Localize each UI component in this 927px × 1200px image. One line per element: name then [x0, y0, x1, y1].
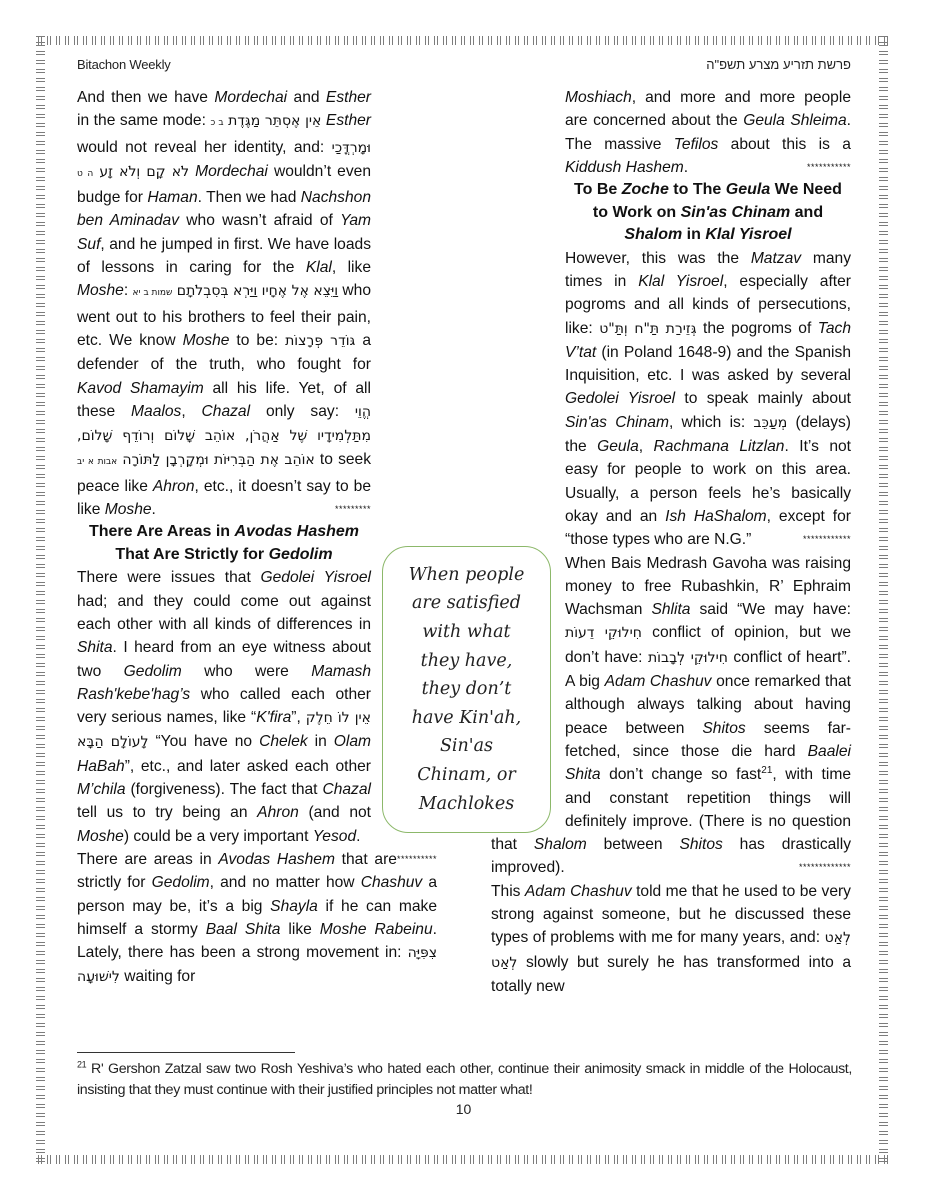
- section-separator-stars: *********: [335, 498, 371, 521]
- pull-quote-text: When people are satisfied with what they…: [403, 561, 531, 818]
- right-paragraph-2: However, this was the Matzav many times …: [491, 247, 851, 552]
- footnote-number: 21: [77, 1059, 86, 1069]
- right-section-heading: To Be Zoche to The Geula We Need to Work…: [491, 179, 851, 247]
- right-paragraph-4: This Adam Chashuv told me that he used t…: [491, 880, 851, 998]
- left-column: And then we have Mordechai and Esther in…: [77, 86, 437, 990]
- footnote-reference[interactable]: 21: [761, 765, 772, 776]
- footnote: 21 R' Gershon Zatzal saw two Rosh Yeshiv…: [77, 1059, 852, 1101]
- left-paragraph-3: There are areas in Avodas Hashem that ar…: [77, 848, 437, 990]
- header-publication-title: Bitachon Weekly: [77, 57, 171, 72]
- section-separator-stars: ***********: [807, 156, 851, 179]
- right-column: Moshiach, and more and more people are c…: [491, 86, 851, 998]
- page-number: 10: [0, 1101, 927, 1117]
- section-separator-stars: ************: [803, 528, 851, 551]
- footnote-separator-line: [77, 1052, 295, 1053]
- right-paragraph-1: Moshiach, and more and more people are c…: [491, 86, 851, 179]
- footnote-text: R' Gershon Zatzal saw two Rosh Yeshiva’s…: [77, 1061, 852, 1098]
- left-paragraph-1: And then we have Mordechai and Esther in…: [77, 86, 437, 521]
- section-separator-stars: **********: [397, 848, 437, 871]
- pull-quote-callout: When people are satisfied with what they…: [382, 546, 551, 833]
- section-separator-stars: *************: [799, 856, 851, 879]
- header-parsha-title: פרשת תזריע מצרע תשפ"ה: [706, 57, 851, 72]
